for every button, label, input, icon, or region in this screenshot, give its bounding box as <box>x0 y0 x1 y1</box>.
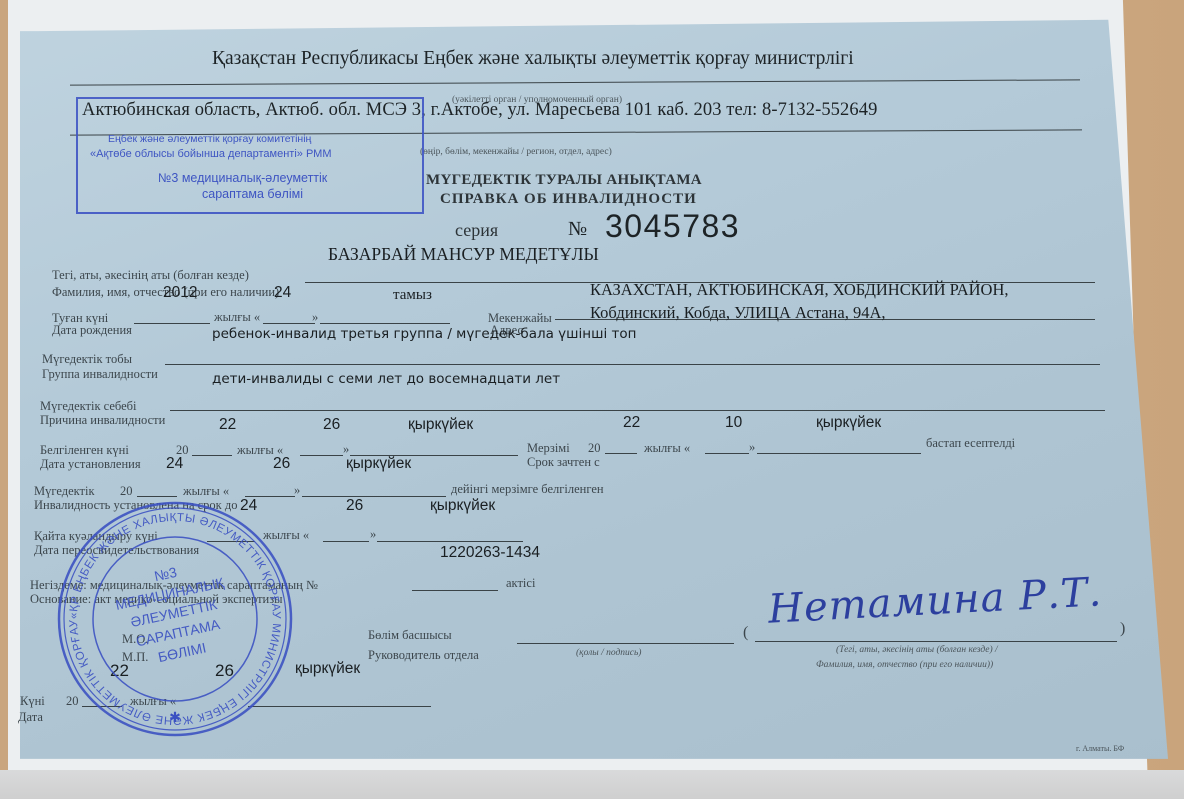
term-day-value: 10 <box>725 414 742 432</box>
term-month-underline <box>757 453 921 454</box>
birth-day-underline <box>263 323 315 324</box>
address-line-1: КАЗАХСТАН, АКТЮБИНСКАЯ, ХОБДИНСКИЙ РАЙОН… <box>590 280 1009 300</box>
cause-underline <box>170 410 1105 411</box>
cause-label-ru: Причина инвалидности <box>40 413 165 428</box>
group-label-ru: Группа инвалидности <box>42 367 158 382</box>
seal-star-icon: ✱ <box>169 711 181 726</box>
certificate-number: 3045783 <box>605 208 740 245</box>
established-year-value-2: 24 <box>166 455 183 473</box>
established-year-underline <box>192 455 232 456</box>
birth-month-underline <box>320 323 450 324</box>
cause-label-kz: Мүгедектік себебі <box>40 399 136 414</box>
term-label-ru: Срок зачтен с <box>527 455 600 470</box>
basis-suffix: актісі <box>506 576 535 591</box>
rectangular-stamp: Еңбек және әлеуметтік қорғау комитетінің… <box>76 97 424 214</box>
established-month-value: қыркүйек <box>408 416 473 434</box>
name-open-paren: ( <box>743 624 748 642</box>
birth-year-underline <box>134 323 210 324</box>
printer-footer: г. Алматы. БФ <box>1076 744 1124 753</box>
reexam-quote-close: » <box>370 527 376 542</box>
birth-label-ru: Дата рождения <box>52 323 132 338</box>
term-suffix: бастап есептелді <box>926 436 1015 451</box>
name-caption-kz: (Тегі, аты, әкесінің аты (болған кезде) … <box>836 645 998 655</box>
term-month-value: қыркүйек <box>816 414 881 432</box>
series-label: серия <box>455 220 498 241</box>
established-year-value: 22 <box>219 416 236 434</box>
address-line-2: Кобдинский, Кобда, УЛИЦА Астана, 94А, <box>590 303 886 323</box>
birth-year: 2012 <box>163 284 197 302</box>
until-month-underline <box>302 496 446 497</box>
head-label-kz: Бөлім басшысы <box>368 628 452 643</box>
stamp-line-4: сараптама бөлімі <box>202 187 303 201</box>
until-year-suffix: жылғы « <box>183 484 229 499</box>
act-number-value: 1220263-1434 <box>440 544 540 562</box>
until-month-value: қыркүйек <box>430 497 495 515</box>
paper-bottom-edge <box>0 770 1184 799</box>
name-caption-ru: Фамилия, имя, отчество (при его наличии)… <box>816 660 993 670</box>
until-quote-close: » <box>294 483 300 498</box>
seal-center-1: №3 <box>153 564 179 584</box>
established-day-underline <box>300 455 343 456</box>
name-underline-sign <box>755 641 1117 642</box>
signature-caption: (қолы / подпись) <box>576 648 641 658</box>
stamp-line-3: №3 медициналық-әлеуметтік <box>158 171 327 185</box>
ministry-title: Қазақстан Республикасы Еңбек және халықт… <box>212 48 854 70</box>
until-year-underline <box>137 496 177 497</box>
title-ru: СПРАВКА ОБ ИНВАЛИДНОСТИ <box>440 191 697 208</box>
date-label-ru: Дата <box>18 710 43 725</box>
birth-quote-close: » <box>312 310 318 325</box>
group-value: ребенок-инвалид третья группа / мүгедек-… <box>212 326 636 342</box>
reexam-month-underline <box>377 541 523 542</box>
established-label-kz: Белгіленген күні <box>40 443 129 458</box>
established-day-value-2: 26 <box>273 455 290 473</box>
term-year-underline <box>605 453 637 454</box>
number-sign: № <box>568 218 587 241</box>
name-close-paren: ) <box>1120 620 1125 638</box>
stamp-line-1: Еңбек және әлеуметтік қорғау комитетінің <box>108 133 311 145</box>
term-year-value: 22 <box>623 414 640 432</box>
term-day-underline <box>705 453 749 454</box>
issue-month-value: қыркүйек <box>295 660 360 678</box>
signature-underline <box>517 643 734 644</box>
basis-underline <box>412 590 498 591</box>
term-year-suffix: жылғы « <box>644 441 690 456</box>
birth-month: тамыз <box>393 287 432 304</box>
group-label-kz: Мүгедектік тобы <box>42 352 132 367</box>
established-day-value: 26 <box>323 416 340 434</box>
full-name: БАЗАРБАЙ МАНСУР МЕДЕТҰЛЫ <box>328 244 599 265</box>
title-kz: МҮГЕДЕКТІК ТУРАЛЫ АНЫҚТАМА <box>426 172 702 189</box>
established-label-ru: Дата установления <box>40 457 141 472</box>
term-quote-close: » <box>749 440 755 455</box>
term-year-prefix: 20 <box>588 441 601 456</box>
established-month-value-2: қыркүйек <box>346 455 411 473</box>
reexam-day-underline <box>323 541 369 542</box>
until-suffix: дейінгі мерзімге белгіленген <box>451 482 604 497</box>
name-label-kz: Тегі, аты, әкесінің аты (болған кезде) <box>52 268 249 283</box>
round-seal-stamp: «ҚР ЕҢБЕК ЖӘНЕ ХАЛЫҚТЫ ӘЛЕУМЕТТІК ҚОРҒАУ… <box>54 500 296 738</box>
birth-year-suffix: жылғы « <box>214 310 260 325</box>
until-day-value: 26 <box>346 497 363 515</box>
term-label-kz: Мерзімі <box>527 441 570 456</box>
birth-day: 24 <box>274 284 291 302</box>
until-year-prefix: 20 <box>120 484 133 499</box>
group-underline <box>165 364 1100 365</box>
cause-value: дети-инвалиды с семи лет до восемнадцати… <box>212 371 560 387</box>
head-label-ru: Руководитель отдела <box>368 648 479 663</box>
date-label-kz: Күні <box>20 694 45 709</box>
stamp-line-2: «Ақтөбе облысы бойынша департаменті» РММ <box>90 148 332 160</box>
until-label-kz: Мүгедектік <box>34 484 95 499</box>
region-caption: (өңір, бөлім, мекенжайы / регион, отдел,… <box>420 147 612 157</box>
